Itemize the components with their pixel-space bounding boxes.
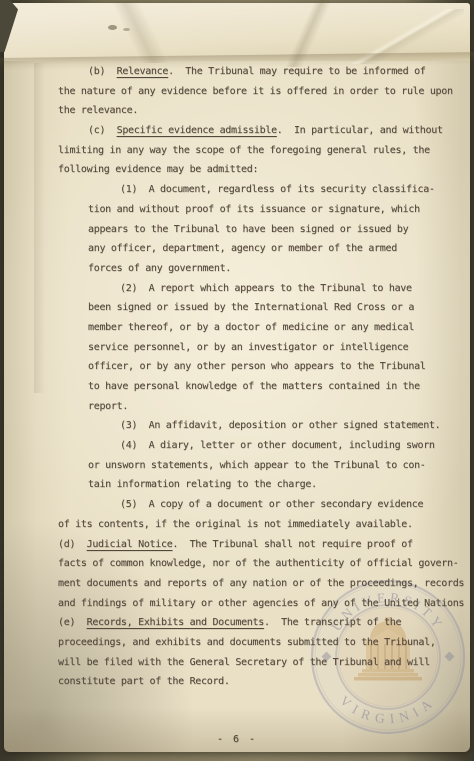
text-segment: or unsworn statements, which appear to t… [88, 460, 426, 471]
crease-shadow [34, 63, 48, 393]
text-segment: tain information relating to the charge. [88, 479, 317, 490]
document-line: to have personal knowledge of the matter… [58, 377, 470, 397]
text-segment: (b) [88, 66, 117, 77]
text-segment: (e) [58, 617, 87, 628]
text-segment: ment documents and reports of any nation… [58, 578, 464, 589]
document-line: (1) A document, regardless of its securi… [58, 180, 470, 200]
document-line: tion and without proof of its issuance o… [58, 200, 470, 220]
text-segment: (4) A diary, letter or other document, i… [120, 440, 435, 451]
text-segment: (d) [58, 539, 87, 550]
text-segment: appears to the Tribunal to have been sig… [88, 224, 408, 235]
document-line: and findings of military or other agenci… [58, 594, 470, 614]
text-segment: constitute part of the Record. [58, 676, 230, 687]
document-line: limiting in any way the scope of the for… [58, 141, 470, 161]
document-text: (b) Relevance. The Tribunal may require … [58, 62, 470, 692]
text-segment: will be filed with the General Secretary… [58, 657, 430, 668]
underlined-heading: Records, Exhibits and Documents [87, 617, 264, 628]
document-line: (3) An affidavit, deposition or other si… [58, 416, 470, 436]
page-number: - 6 - [0, 734, 474, 745]
text-segment: member thereof, or by a doctor of medici… [88, 322, 414, 333]
underlined-heading: Judicial Notice [87, 539, 173, 550]
underlined-heading: Specific evidence admissible [117, 125, 277, 136]
text-segment: . The Tribunal may require to be informe… [168, 66, 425, 77]
text-segment: following evidence may be admitted: [58, 164, 258, 175]
text-segment: of its contents, if the original is not … [58, 519, 413, 530]
document-line: (5) A copy of a document or other second… [58, 495, 470, 515]
document-line: proceedings, and exhibits and documents … [58, 633, 470, 653]
scanned-document-page: UNIVERSITY VIRGINIA [0, 0, 474, 761]
text-segment: the nature of any evidence before it is … [58, 86, 453, 97]
text-segment: (c) [88, 125, 117, 136]
text-segment: limiting in any way the scope of the for… [58, 145, 430, 156]
text-segment: to have personal knowledge of the matter… [88, 381, 420, 392]
paper-top-fold [4, 3, 470, 61]
document-line: or unsworn statements, which appear to t… [58, 456, 470, 476]
document-line: (c) Specific evidence admissible. In par… [58, 121, 470, 141]
paper-blemish [108, 25, 117, 30]
text-segment: . In particular, and without [277, 125, 443, 136]
text-segment: report. [88, 401, 128, 412]
text-segment: (1) A document, regardless of its securi… [120, 184, 435, 195]
underlined-heading: Relevance [117, 66, 169, 77]
document-line: been signed or issued by the Internation… [58, 298, 470, 318]
text-segment: forces of any government. [88, 263, 231, 274]
document-line: officer, or by any other person who appe… [58, 357, 470, 377]
text-segment: . The Tribunal shall not require proof o… [172, 539, 412, 550]
document-line: the nature of any evidence before it is … [58, 82, 470, 102]
document-line: report. [58, 397, 470, 417]
text-segment: any officer, department, agency or membe… [88, 243, 397, 254]
document-line: tain information relating to the charge. [58, 475, 470, 495]
document-line: facts of common knowledge, nor of the au… [58, 554, 470, 574]
document-line: (d) Judicial Notice. The Tribunal shall … [58, 535, 470, 555]
document-line: will be filed with the General Secretary… [58, 653, 470, 673]
text-segment: service personnel, or by an investigator… [88, 342, 408, 353]
text-segment: (2) A report which appears to the Tribun… [120, 283, 412, 294]
text-segment: (3) An affidavit, deposition or other si… [120, 420, 440, 431]
document-line: of its contents, if the original is not … [58, 515, 470, 535]
text-segment: facts of common knowledge, nor of the au… [58, 558, 458, 569]
text-segment: officer, or by any other person who appe… [88, 361, 426, 372]
document-line: (4) A diary, letter or other document, i… [58, 436, 470, 456]
document-line: appears to the Tribunal to have been sig… [58, 220, 470, 240]
text-segment: tion and without proof of its issuance o… [88, 204, 420, 215]
document-line: (2) A report which appears to the Tribun… [58, 279, 470, 299]
text-segment: (5) A copy of a document or other second… [120, 499, 423, 510]
document-line: forces of any government. [58, 259, 470, 279]
document-line: member thereof, or by a doctor of medici… [58, 318, 470, 338]
document-line: ment documents and reports of any nation… [58, 574, 470, 594]
document-line: any officer, department, agency or membe… [58, 239, 470, 259]
document-line: (b) Relevance. The Tribunal may require … [58, 62, 470, 82]
document-line: following evidence may be admitted: [58, 160, 470, 180]
text-segment: been signed or issued by the Internation… [88, 302, 414, 313]
document-line: service personnel, or by an investigator… [58, 338, 470, 358]
text-segment: proceedings, and exhibits and documents … [58, 637, 436, 648]
document-line: constitute part of the Record. [58, 672, 470, 692]
document-line: the relevance. [58, 101, 470, 121]
text-segment: . The transcript of the [264, 617, 401, 628]
text-segment: the relevance. [58, 105, 138, 116]
document-line: (e) Records, Exhibits and Documents. The… [58, 613, 470, 633]
text-segment: and findings of military or other agenci… [58, 598, 464, 609]
